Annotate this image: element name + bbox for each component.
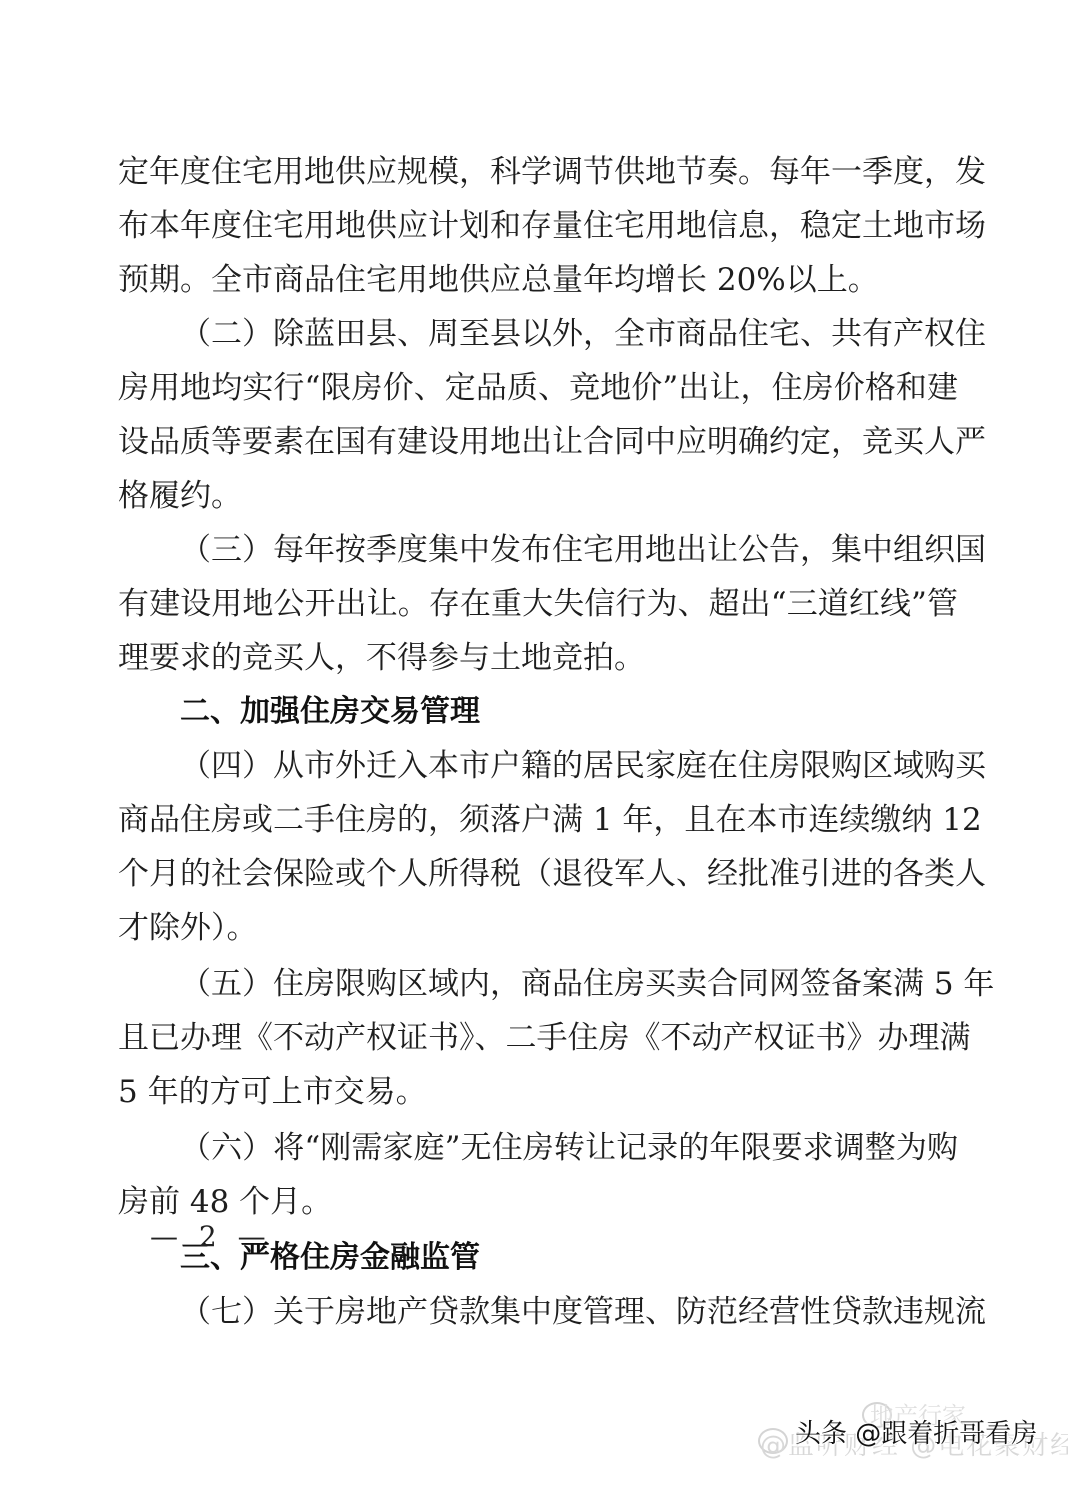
page-number: — 2 — <box>150 1220 272 1253</box>
body-line: 才除外）。 <box>118 908 958 948</box>
clause-3-first-line: （三）每年按季度集中发布住宅用地出让公告，集中组织国 <box>180 530 958 570</box>
body-line: 个月的社会保险或个人所得税（退役军人、经批准引进的各类人 <box>118 854 958 894</box>
body-line: 定年度住宅用地供应规模，科学调节供地节奏。每年一季度，发 <box>118 152 958 192</box>
body-line: 且已办理《不动产权证书》、二手住房《不动产权证书》办理满 <box>118 1018 958 1058</box>
body-line: 房用地均实行“限房价、定品质、竞地价”出让，住房价格和建 <box>118 368 958 408</box>
body-line: 设品质等要素在国有建设用地出让合同中应明确约定，竞买人严 <box>118 422 958 462</box>
body-line: 预期。全市商品住宅用地供应总量年均增长 20%以上。 <box>118 260 958 300</box>
clause-6-first-line: （六）将“刚需家庭”无住房转让记录的年限要求调整为购 <box>180 1128 958 1168</box>
clause-5-first-line: （五）住房限购区域内，商品住房买卖合同网签备案满 5 年 <box>180 964 958 1004</box>
body-line: 有建设用地公开出让。存在重大失信行为、超出“三道红线”管 <box>118 584 958 624</box>
clause-7-first-line: （七）关于房地产贷款集中度管理、防范经营性贷款违规流 <box>180 1292 958 1332</box>
body-line: 房前 48 个月。 <box>118 1182 958 1222</box>
body-line: 商品住房或二手住房的，须落户满 1 年，且在本市连续缴纳 12 <box>118 800 958 840</box>
body-line: 布本年度住宅用地供应计划和存量住宅用地信息，稳定土地市场 <box>118 206 958 246</box>
toutiao-watermark: 头条 @跟着折哥看房 <box>795 1413 1037 1450</box>
body-line: 理要求的竞买人，不得参与土地竞拍。 <box>118 638 958 678</box>
clause-4-first-line: （四）从市外迁入本市户籍的居民家庭在住房限购区域购买 <box>180 746 958 786</box>
body-line: 格履约。 <box>118 476 958 516</box>
section-heading-2: 二、加强住房交易管理 <box>180 692 480 732</box>
clause-2-first-line: （二）除蓝田县、周至县以外，全市商品住宅、共有产权住 <box>180 314 958 354</box>
body-line: 5 年的方可上市交易。 <box>118 1072 958 1112</box>
